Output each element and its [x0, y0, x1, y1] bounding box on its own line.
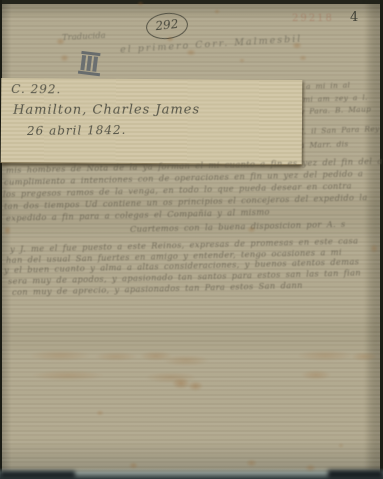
stain: [137, 1, 144, 6]
ink-fragment: mi am zey a l.: [303, 93, 368, 104]
sheet-left-edge: [0, 0, 2, 479]
stain: [338, 443, 344, 448]
paper-streak: [0, 322, 383, 348]
manuscript-page: 292 4 29218 Traducida el primero Corr. M…: [0, 0, 383, 479]
faint-stamp-number: 29218: [292, 13, 334, 24]
stain: [95, 352, 137, 361]
paper-edge-shading: [368, 0, 380, 479]
stain: [301, 370, 331, 380]
stain: [163, 355, 209, 366]
stain: [188, 381, 203, 391]
stain: [299, 55, 307, 61]
stain: [4, 226, 11, 235]
stain: [292, 42, 302, 49]
stain: [351, 352, 377, 361]
stain: [214, 9, 220, 14]
ink-fragment: y Para. B. Maup: [300, 105, 371, 116]
stain: [60, 54, 69, 62]
stain: [239, 58, 245, 63]
stain: [370, 244, 378, 253]
scan-corner-shadow: [0, 471, 75, 479]
stain: [166, 36, 174, 42]
stain: [96, 410, 104, 416]
stain: [297, 350, 353, 361]
label-name: Hamilton, Charles James: [13, 103, 200, 118]
ink-fragment: a Marr. dis: [300, 139, 349, 150]
stain: [186, 49, 196, 56]
corner-folio-number: 4: [350, 10, 358, 25]
sheet-top-edge: [0, 0, 383, 4]
stain: [247, 226, 256, 233]
pencil-annotation-center: el primero Corr. Malmesbil: [120, 33, 303, 55]
stain: [246, 459, 257, 467]
scan-corner-shadow: [328, 470, 383, 479]
stain: [56, 38, 65, 45]
pencil-annotation-left: Traducida: [62, 31, 106, 43]
stain: [32, 370, 104, 381]
label-code: C. 292.: [11, 82, 61, 96]
stain: [30, 350, 90, 361]
ink-fragment: a mi in al: [306, 80, 351, 91]
label-date: 26 abril 1842.: [27, 123, 127, 138]
archive-stamp-icon: [77, 51, 102, 79]
pasted-archive-label: C. 292. Hamilton, Charles James 26 abril…: [1, 78, 303, 165]
